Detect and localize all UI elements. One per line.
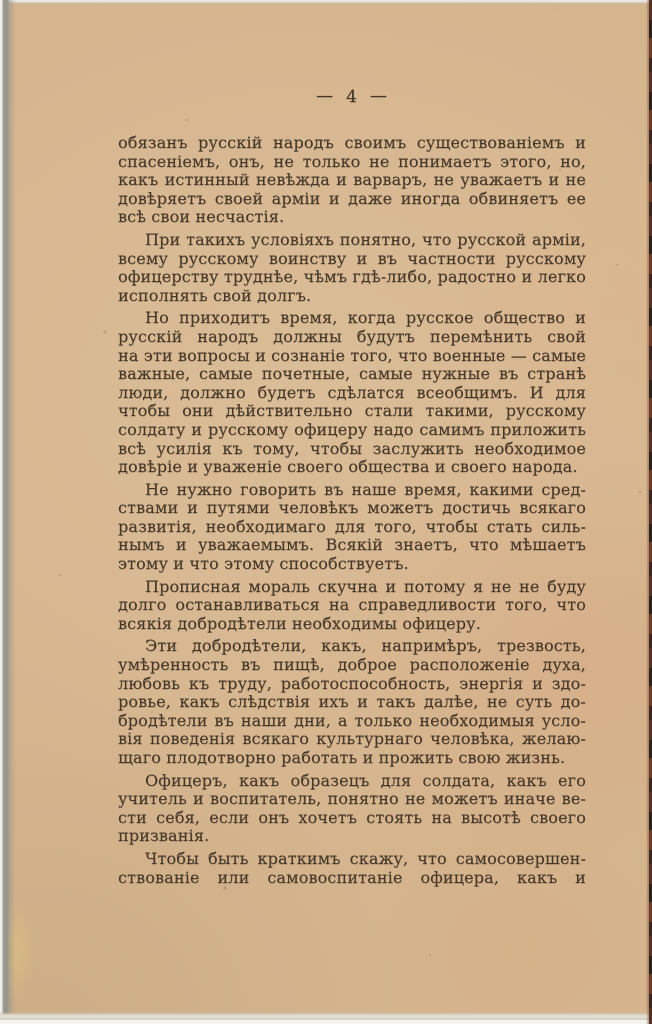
text-line: важные, самые почетные, самые нужные въ …: [118, 365, 586, 384]
text-line: При такихъ условіяхъ понятно, что русско…: [118, 231, 586, 250]
text-line: довѣріе и уваженіе своего общества и сво…: [118, 458, 586, 477]
paragraph: Чтобы быть краткимъ скажу, что самосовер…: [118, 850, 586, 887]
paragraph: При такихъ условіяхъ понятно, что русско…: [118, 231, 586, 305]
paragraph: Эти добродѣтели, какъ, напримѣръ, трезво…: [118, 637, 586, 767]
scan-edge-bottom: [0, 1011, 652, 1024]
text-line: Эти добродѣтели, какъ, напримѣръ, трезво…: [118, 637, 586, 656]
header-dash-left: —: [304, 86, 346, 106]
text-line: сти себя, если онъ хочетъ стоять на высо…: [118, 809, 586, 828]
text-line: Чтобы быть краткимъ скажу, что самосовер…: [118, 850, 586, 869]
text-line: всѣ усилія къ тому, чтобы заслужить необ…: [118, 440, 586, 459]
text-line: какъ истинный невѣжда и варваръ, не уваж…: [118, 171, 586, 190]
scanned-page: —4— обязанъ русскій народъ своимъ сущест…: [0, 0, 652, 1024]
text-line: офицерству труднѣе, чѣмъ гдѣ-либо, радос…: [118, 268, 586, 287]
text-line: всему русскому воинству и въ частности р…: [118, 250, 586, 269]
text-line: довѣряетъ своей арміи и даже иногда обви…: [118, 190, 586, 209]
text-line: нымъ и уважаемымъ. Всякій знаетъ, что мѣ…: [118, 536, 586, 555]
text-line: исполнять свой долгъ.: [118, 287, 586, 306]
text-line: умѣренность въ пищѣ, доброе расположеніе…: [118, 656, 586, 675]
text-line: всѣ свои несчастія.: [118, 208, 586, 227]
text-line: всякія добродѣтели необходимы офицеру.: [118, 615, 586, 634]
text-line: на эти вопросы и сознаніе того, что воен…: [118, 347, 586, 366]
text-line: долго останавливаться на справедливости …: [118, 596, 586, 615]
text-line: Но приходитъ время, когда русское общест…: [118, 309, 586, 328]
text-line: солдату и русскому офицеру надо самимъ п…: [118, 421, 586, 440]
text-line: обязанъ русскій народъ своимъ существова…: [118, 134, 586, 153]
scan-edge-top: [0, 0, 652, 5]
text-line: Не нужно говорить въ наше время, какими …: [118, 481, 586, 500]
text-line: спасеніемъ, онъ, не только не понимаетъ …: [118, 153, 586, 172]
header-dash-right: —: [358, 86, 400, 106]
text-line: люди, должно будетъ сдѣлатся всеобщимъ. …: [118, 384, 586, 403]
text-line: ровье, какъ слѣдствія ихъ и такъ далѣе, …: [118, 693, 586, 712]
text-line: щаго плодотворно работать и прожить свою…: [118, 749, 586, 768]
paragraph: Но приходитъ время, когда русское общест…: [118, 309, 586, 476]
text-line: ствами и путями человѣкъ можетъ достичь …: [118, 499, 586, 518]
text-block: обязанъ русскій народъ своимъ существова…: [118, 134, 586, 891]
paragraph: Не нужно говорить въ наше время, какими …: [118, 481, 586, 574]
text-line: любовь къ труду, работоспособность, энер…: [118, 675, 586, 694]
text-line: развитія, необходимаго для того, чтобы с…: [118, 518, 586, 537]
text-line: бродѣтели въ наши дни, а только необходи…: [118, 712, 586, 731]
text-line: этому и что этому способствуетъ.: [118, 555, 586, 574]
text-line: учитель и воспитатель, понятно не можетъ…: [118, 790, 586, 809]
text-line: вія поведенія всякаго культурнаго человѣ…: [118, 730, 586, 749]
text-line: Офицеръ, какъ образецъ для солдата, какъ…: [118, 772, 586, 791]
scan-edge-left: [0, 0, 16, 1024]
page-number: 4: [346, 87, 358, 107]
text-line: чтобы они дѣйствительно стали такими, ру…: [118, 402, 586, 421]
paragraph: обязанъ русскій народъ своимъ существова…: [118, 134, 586, 227]
page-header: —4—: [118, 87, 586, 107]
book-red-page-edge: [646, 0, 652, 1024]
text-line: ствованіе или самовоспитаніе офицера, ка…: [118, 869, 586, 888]
text-line: Прописная мораль скучна и потому я не не…: [118, 578, 586, 597]
text-line: русскій народъ должны будутъ перемѣнить …: [118, 328, 586, 347]
paragraph: Прописная мораль скучна и потому я не не…: [118, 578, 586, 634]
text-line: призванія.: [118, 827, 586, 846]
paragraph: Офицеръ, какъ образецъ для солдата, какъ…: [118, 772, 586, 846]
